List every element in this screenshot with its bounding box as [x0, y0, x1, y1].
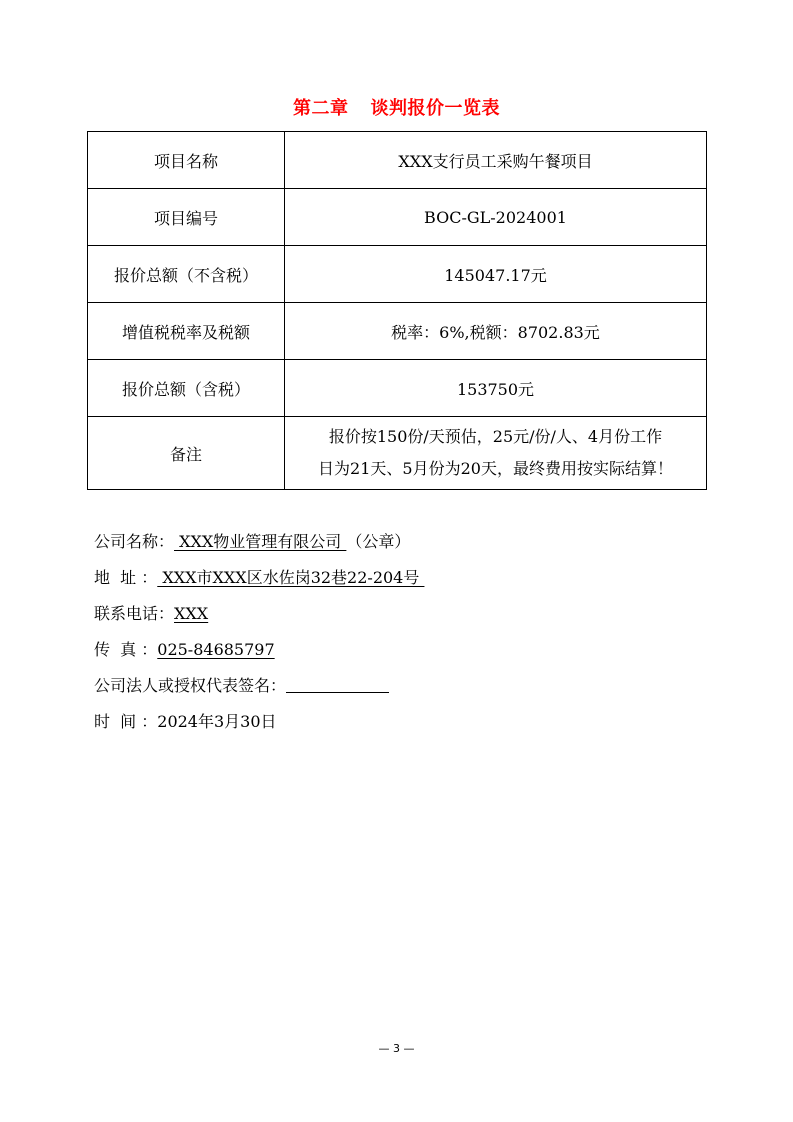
- row-value: 145047.17元: [285, 246, 707, 303]
- date-value: 2024年3月30日: [157, 712, 276, 731]
- row-value: XXX支行员工采购午餐项目: [285, 132, 707, 189]
- phone-value: XXX: [174, 604, 208, 623]
- table-row-note: 备注 报价按150份/天预估，25元/份/人、4月份工作 日为21天、5月份为2…: [88, 417, 707, 490]
- table-row: 项目名称 XXX支行员工采购午餐项目: [88, 132, 707, 189]
- row-value: BOC-GL-2024001: [285, 189, 707, 246]
- company-name-line: 公司名称： XXX物业管理有限公司 （公章）: [94, 532, 410, 552]
- page-number: — 3 —: [0, 1042, 793, 1055]
- note-label: 备注: [88, 417, 285, 490]
- chapter-label: 第二章: [293, 98, 349, 119]
- note-line-1: 报价按150份/天预估，25元/份/人、4月份工作: [289, 421, 702, 453]
- address-line: 地 址 ： XXX市XXX区水佐岗32巷22-204号: [94, 568, 424, 588]
- section-heading: 谈判报价一览表: [371, 98, 501, 119]
- row-value: 税率：6%,税额：8702.83元: [285, 303, 707, 360]
- table-row: 项目编号 BOC-GL-2024001: [88, 189, 707, 246]
- signature-blank: [286, 676, 389, 693]
- page-title: 第二章谈判报价一览表: [0, 94, 793, 120]
- company-value: XXX物业管理有限公司: [174, 532, 346, 551]
- date-line: 时 间 ：2024年3月30日: [94, 712, 277, 732]
- signature-label: 公司法人或授权代表签名：: [94, 676, 286, 695]
- company-suffix: （公章）: [346, 532, 410, 551]
- row-value: 153750元: [285, 360, 707, 417]
- company-label: 公司名称：: [94, 532, 174, 551]
- address-label: 地 址 ：: [94, 568, 157, 587]
- fax-line: 传 真 ：025-84685797: [94, 640, 275, 660]
- quote-table: 项目名称 XXX支行员工采购午餐项目 项目编号 BOC-GL-2024001 报…: [87, 131, 707, 490]
- table-row: 报价总额（不含税） 145047.17元: [88, 246, 707, 303]
- row-label: 报价总额（不含税）: [88, 246, 285, 303]
- signature-line: 公司法人或授权代表签名：: [94, 676, 389, 696]
- row-label: 项目名称: [88, 132, 285, 189]
- address-value: XXX市XXX区水佐岗32巷22-204号: [157, 568, 424, 587]
- date-label: 时 间 ：: [94, 712, 157, 731]
- row-label: 报价总额（含税）: [88, 360, 285, 417]
- phone-line: 联系电话：XXX: [94, 604, 208, 624]
- note-line-2: 日为21天、5月份为20天，最终费用按实际结算！: [289, 453, 702, 485]
- fax-label: 传 真 ：: [94, 640, 157, 659]
- row-label: 增值税税率及税额: [88, 303, 285, 360]
- note-value: 报价按150份/天预估，25元/份/人、4月份工作 日为21天、5月份为20天，…: [285, 417, 707, 490]
- row-label: 项目编号: [88, 189, 285, 246]
- table-row: 增值税税率及税额 税率：6%,税额：8702.83元: [88, 303, 707, 360]
- table-row: 报价总额（含税） 153750元: [88, 360, 707, 417]
- fax-value: 025-84685797: [157, 640, 274, 659]
- phone-label: 联系电话：: [94, 604, 174, 623]
